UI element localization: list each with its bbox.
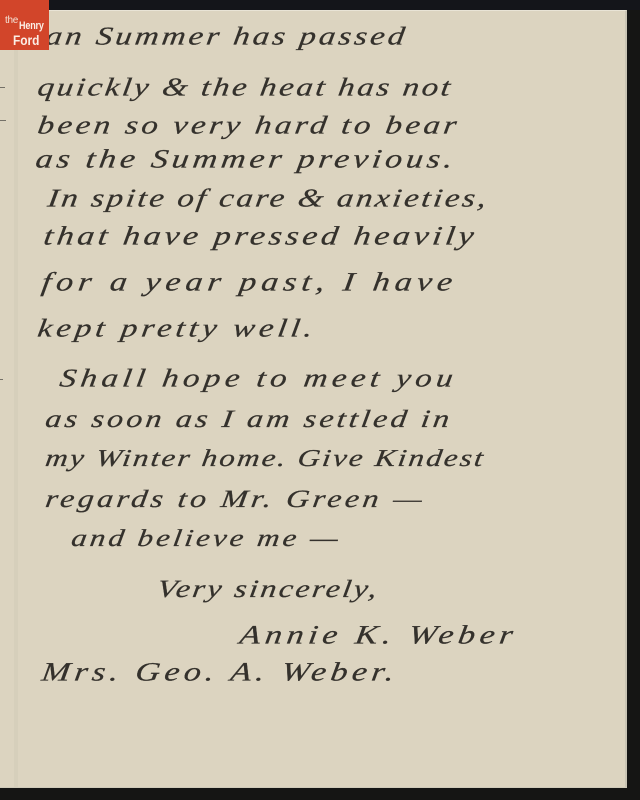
scan-top-border — [0, 0, 640, 10]
bleed-through-mark — [0, 379, 3, 380]
letter-line-7: for a year past, I have — [40, 269, 459, 296]
letter-line-4: as the Summer previous. — [34, 146, 458, 173]
letter-closing: Very sincerely, — [156, 576, 381, 601]
letter-line-2: quickly & the heat has not — [36, 75, 455, 101]
logo-text-the: the — [5, 15, 18, 26]
letter-line-11: my Winter home. Give Kindest — [44, 446, 487, 470]
letter-line-3: been so very hard to bear — [36, 113, 462, 139]
letter-line-13: and believe me — — [70, 526, 343, 550]
letter-signature: Annie K. Weber — [238, 622, 519, 649]
letter-line-6: that have pressed heavily — [42, 223, 479, 250]
logo-text-henry: Henry — [19, 20, 44, 32]
letter-line-10: as soon as I am settled in — [44, 406, 454, 431]
letter-line-9: Shall hope to meet you — [58, 366, 459, 392]
logo-text-ford: Ford — [13, 32, 39, 48]
letter-signature-name: Mrs. Geo. A. Weber. — [40, 659, 400, 686]
letter-line-12: regards to Mr. Green — — [44, 486, 427, 511]
letter-page: an Summer has passed quickly & the heat … — [0, 10, 627, 788]
letter-line-1: an Summer has passed — [44, 24, 409, 50]
letter-line-8: kept pretty well. — [36, 316, 318, 342]
letter-line-5: In spite of care & anxieties, — [46, 186, 490, 212]
bleed-through-mark — [0, 87, 5, 88]
bleed-through-mark — [0, 120, 6, 121]
henry-ford-logo: the Henry Ford — [0, 0, 49, 50]
